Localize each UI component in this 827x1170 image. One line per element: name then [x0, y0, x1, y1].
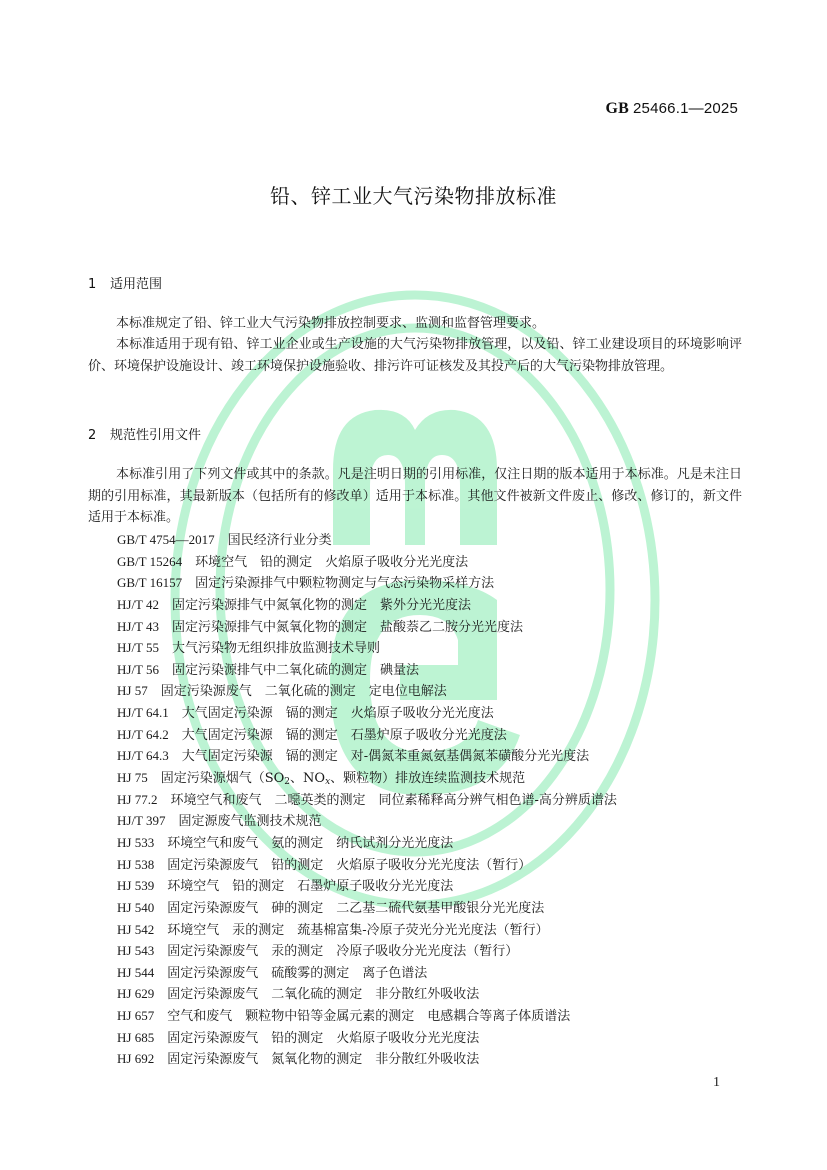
reference-item: HJ 629固定污染源废气 二氧化硫的测定 非分散红外吸收法 — [117, 983, 757, 1005]
reference-item: HJ 75固定污染源烟气（SO2、NOx、颗粒物）排放连续监测技术规范 — [117, 767, 757, 789]
scope-paragraph-1: 本标准规定了铅、锌工业大气污染物排放控制要求、监测和监督管理要求。 — [88, 313, 742, 335]
document-page: GB25466.1—2025 铅、锌工业大气污染物排放标准 1适用范围 本标准规… — [0, 0, 827, 1170]
reference-item: HJ/T 42固定污染源排气中氮氧化物的测定 紫外分光光度法 — [117, 594, 757, 616]
reference-item: HJ/T 64.3大气固定污染源 镉的测定 对-偶氮苯重氮氨基偶氮苯磺酸分光光度… — [117, 745, 757, 767]
section-number: 1 — [88, 277, 110, 292]
section-heading-normative-references: 2规范性引用文件 — [88, 424, 201, 443]
standard-number: 25466.1—2025 — [633, 100, 738, 117]
reference-item: HJ 543固定污染源废气 汞的测定 冷原子吸收分光光度法（暂行） — [117, 940, 757, 962]
reference-item: HJ 540固定污染源废气 砷的测定 二乙基二硫代氨基甲酸银分光光度法 — [117, 897, 757, 919]
reference-item: HJ 77.2环境空气和废气 二噁英类的测定 同位素稀释高分辨气相色谱-高分辨质… — [117, 789, 757, 811]
reference-item: HJ 538固定污染源废气 铅的测定 火焰原子吸收分光光度法（暂行） — [117, 854, 757, 876]
scope-paragraph-2: 本标准适用于现有铅、锌工业企业或生产设施的大气污染物排放管理，以及铅、锌工业建设… — [88, 334, 742, 377]
document-title: 铅、锌工业大气污染物排放标准 — [0, 180, 827, 209]
section-number: 2 — [88, 428, 110, 443]
section-heading-scope: 1适用范围 — [88, 273, 162, 292]
reference-item: HJ 539环境空气 铅的测定 石墨炉原子吸收分光光度法 — [117, 875, 757, 897]
reference-item: GB/T 4754—2017国民经济行业分类 — [117, 529, 757, 551]
reference-item: HJ 657空气和废气 颗粒物中铅等金属元素的测定 电感耦合等离子体质谱法 — [117, 1005, 757, 1027]
reference-item: HJ 533环境空气和废气 氨的测定 纳氏试剂分光光度法 — [117, 832, 757, 854]
section-title: 规范性引用文件 — [110, 428, 201, 443]
reference-item: HJ/T 55大气污染物无组织排放监测技术导则 — [117, 637, 757, 659]
reference-item: HJ/T 397固定源废气监测技术规范 — [117, 810, 757, 832]
reference-item: HJ 542环境空气 汞的测定 巯基棉富集-冷原子荧光分光光度法（暂行） — [117, 919, 757, 941]
reference-list: GB/T 4754—2017国民经济行业分类 GB/T 15264环境空气 铅的… — [117, 529, 757, 1070]
reference-item: HJ 544固定污染源废气 硫酸雾的测定 离子色谱法 — [117, 962, 757, 984]
references-intro-paragraph: 本标准引用了下列文件或其中的条款。凡是注明日期的引用标准，仅注日期的版本适用于本… — [88, 464, 742, 529]
reference-item: HJ 57固定污染源废气 二氧化硫的测定 定电位电解法 — [117, 680, 757, 702]
page-number: 1 — [713, 1075, 720, 1091]
reference-item: HJ 685固定污染源废气 铅的测定 火焰原子吸收分光光度法 — [117, 1027, 757, 1049]
reference-item: GB/T 15264环境空气 铅的测定 火焰原子吸收分光光度法 — [117, 551, 757, 573]
document-content: GB25466.1—2025 铅、锌工业大气污染物排放标准 1适用范围 本标准规… — [0, 0, 827, 1170]
reference-item: GB/T 16157固定污染源排气中颗粒物测定与气态污染物采样方法 — [117, 572, 757, 594]
reference-item: HJ/T 64.1大气固定污染源 镉的测定 火焰原子吸收分光光度法 — [117, 702, 757, 724]
reference-item: HJ/T 64.2大气固定污染源 镉的测定 石墨炉原子吸收分光光度法 — [117, 724, 757, 746]
standard-code: GB25466.1—2025 — [605, 100, 738, 118]
reference-item: HJ 692固定污染源废气 氮氧化物的测定 非分散红外吸收法 — [117, 1048, 757, 1070]
reference-item: HJ/T 56固定污染源排气中二氧化硫的测定 碘量法 — [117, 659, 757, 681]
standard-prefix: GB — [605, 100, 629, 117]
reference-item: HJ/T 43固定污染源排气中氮氧化物的测定 盐酸萘乙二胺分光光度法 — [117, 616, 757, 638]
section-title: 适用范围 — [110, 277, 162, 292]
